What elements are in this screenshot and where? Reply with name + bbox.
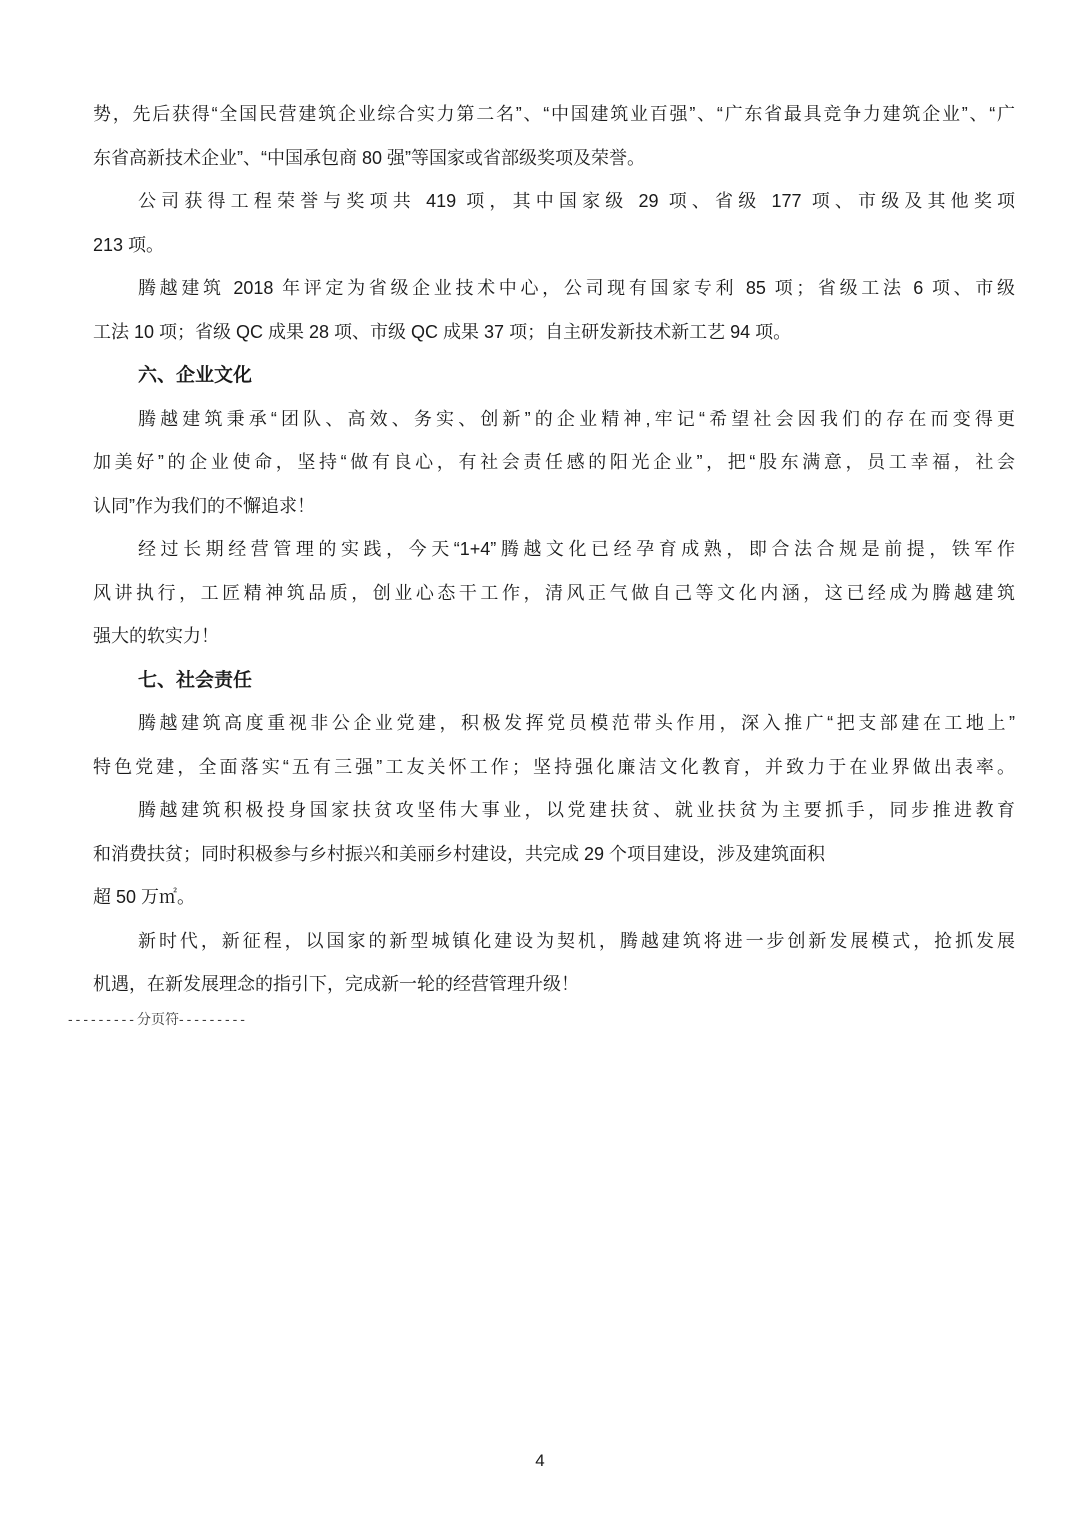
body-line: 经过长期经营管理的实践，今天“1+4”腾越文化已经孕育成熟，即合法合规是前提，铁… [93,528,1015,572]
body-line: 腾越建筑秉承“团队、高效、务实、创新”的企业精神,牢记“希望社会因我们的存在而变… [93,398,1015,442]
section-heading: 六、企业文化 [93,354,1015,398]
document-lines: 势，先后获得“全国民营建筑企业综合实力第二名”、“中国建筑业百强”、“广东省最具… [93,93,1015,1007]
body-line: 认同”作为我们的不懈追求！ [93,485,1015,529]
body-line: 腾越建筑高度重视非公企业党建，积极发挥党员模范带头作用，深入推广“把支部建在工地… [93,702,1015,746]
body-line: 213 项。 [93,224,1015,268]
body-line: 加美好”的企业使命，坚持“做有良心，有社会责任感的阳光企业”，把“股东满意，员工… [93,441,1015,485]
body-line: 强大的软实力！ [93,615,1015,659]
page-number: 4 [0,1450,1080,1472]
body-line: 风讲执行，工匠精神筑品质，创业心态干工作，清风正气做自己等文化内涵，这已经成为腾… [93,572,1015,616]
page-break-dashes-left: --------- [68,1011,137,1027]
body-line: 特色党建，全面落实“五有三强”工友关怀工作；坚持强化廉洁文化教育，并致力于在业界… [93,746,1015,790]
document-body: 势，先后获得“全国民营建筑企业综合实力第二名”、“中国建筑业百强”、“广东省最具… [93,93,1015,1030]
body-line: 东省高新技术企业”、“中国承包商 80 强”等国家或省部级奖项及荣誉。 [93,137,1015,181]
body-line: 势，先后获得“全国民营建筑企业综合实力第二名”、“中国建筑业百强”、“广东省最具… [93,93,1015,137]
body-line: 超 50 万㎡。 [93,876,1015,920]
section-heading: 七、社会责任 [93,659,1015,703]
page-break-label: 分页符 [137,1011,179,1027]
page-break-marker: ---------分页符--------- [68,1008,1015,1030]
body-line: 腾越建筑积极投身国家扶贫攻坚伟大事业，以党建扶贫、就业扶贫为主要抓手，同步推进教… [93,789,1015,833]
body-line: 公司获得工程荣誉与奖项共 419 项，其中国家级 29 项、省级 177 项、市… [93,180,1015,224]
body-line: 新时代，新征程，以国家的新型城镇化建设为契机，腾越建筑将进一步创新发展模式，抢抓… [93,920,1015,964]
body-line: 和消费扶贫；同时积极参与乡村振兴和美丽乡村建设，共完成 29 个项目建设，涉及建… [93,833,1015,877]
document-page: 势，先后获得“全国民营建筑企业综合实力第二名”、“中国建筑业百强”、“广东省最具… [0,0,1080,1527]
body-line: 工法 10 项；省级 QC 成果 28 项、市级 QC 成果 37 项；自主研发… [93,311,1015,355]
page-break-dashes-right: --------- [179,1011,248,1027]
body-line: 腾越建筑 2018 年评定为省级企业技术中心，公司现有国家专利 85 项；省级工… [93,267,1015,311]
body-line: 机遇，在新发展理念的指引下，完成新一轮的经营管理升级！ [93,963,1015,1007]
